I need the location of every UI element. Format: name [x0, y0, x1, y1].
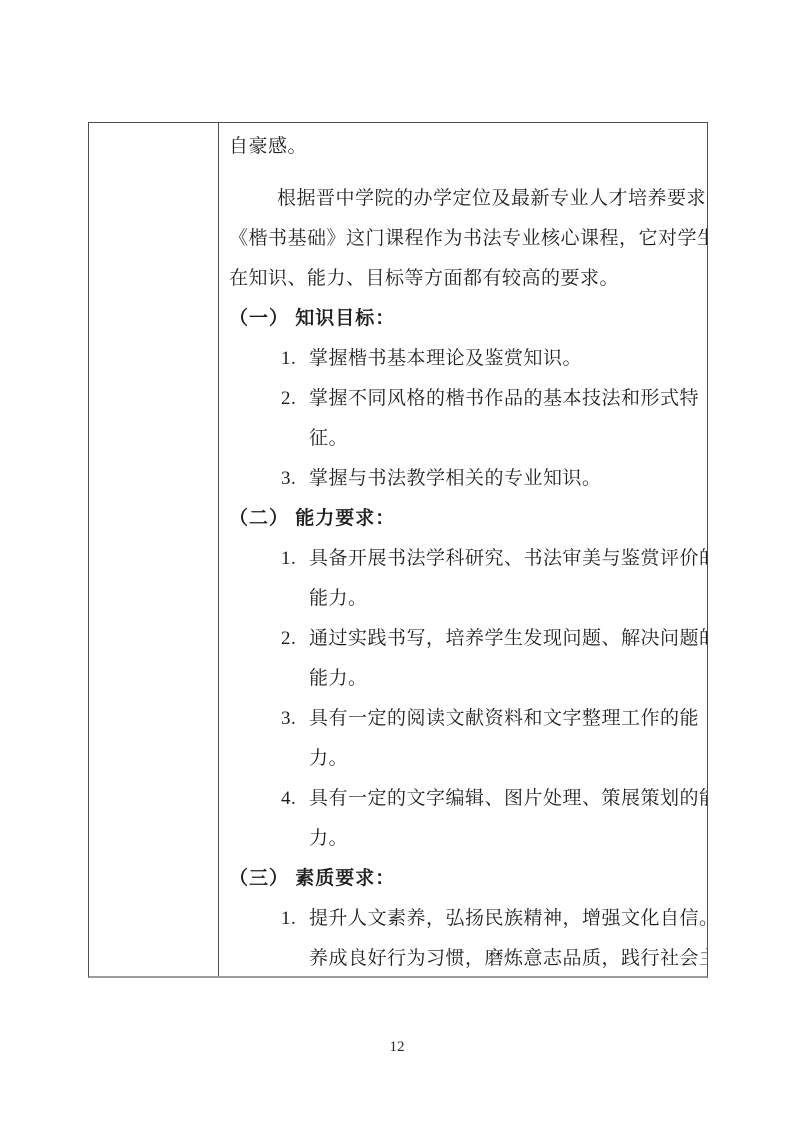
list-item-text: 提升人文素养，弘扬民族精神，增强文化自信。: [309, 899, 707, 939]
list-item-continuation: 力。: [229, 819, 707, 859]
list-item-text: 具有一定的文字编辑、图片处理、策展策划的能: [309, 779, 707, 819]
list-item-number: 2.: [281, 379, 309, 419]
list-item: 3. 具有一定的阅读文献资料和文字整理工作的能: [229, 699, 707, 739]
list-item: 3. 掌握与书法教学相关的专业知识。: [229, 459, 707, 499]
list-item-number: 1.: [281, 539, 309, 579]
table-label-cell-empty: [89, 123, 219, 976]
list-item: 2. 通过实践书写，培养学生发现问题、解决问题的: [229, 619, 707, 659]
paragraph-line: 在知识、能力、目标等方面都有较高的要求。: [229, 259, 707, 299]
list-item-continuation: 养成良好行为习惯，磨炼意志品质，践行社会主: [229, 939, 707, 976]
list-item: 2. 掌握不同风格的楷书作品的基本技法和形式特: [229, 379, 707, 419]
list-item-continuation: 征。: [229, 419, 707, 459]
course-syllabus-table: 自豪感。 根据晋中学院的办学定位及最新专业人才培养要求， 《楷书基础》这门课程作…: [88, 122, 708, 978]
paragraph-line: 《楷书基础》这门课程作为书法专业核心课程，它对学生: [229, 219, 707, 259]
list-item-number: 2.: [281, 619, 309, 659]
list-item-text: 掌握不同风格的楷书作品的基本技法和形式特: [309, 379, 707, 419]
list-item: 4. 具有一定的文字编辑、图片处理、策展策划的能: [229, 779, 707, 819]
list-item-number: 4.: [281, 779, 309, 819]
section-heading-quality-requirements: （三） 素质要求：: [229, 859, 707, 899]
list-item: 1. 提升人文素养，弘扬民族精神，增强文化自信。: [229, 899, 707, 939]
list-item-text: 具备开展书法学科研究、书法审美与鉴赏评价的: [309, 539, 707, 579]
table-content-cell: 自豪感。 根据晋中学院的办学定位及最新专业人才培养要求， 《楷书基础》这门课程作…: [219, 123, 707, 976]
list-item-number: 1.: [281, 339, 309, 379]
list-item-continuation: 力。: [229, 739, 707, 779]
paragraph-line: 根据晋中学院的办学定位及最新专业人才培养要求，: [229, 179, 707, 219]
list-item-continuation: 能力。: [229, 659, 707, 699]
list-item-number: 3.: [281, 459, 309, 499]
list-item-text: 通过实践书写，培养学生发现问题、解决问题的: [309, 619, 707, 659]
list-item: 1. 掌握楷书基本理论及鉴赏知识。: [229, 339, 707, 379]
list-item-text: 掌握楷书基本理论及鉴赏知识。: [309, 339, 707, 379]
list-item-text: 掌握与书法教学相关的专业知识。: [309, 459, 707, 499]
paragraph-line: 自豪感。: [229, 127, 707, 167]
list-item-number: 1.: [281, 899, 309, 939]
list-item-number: 3.: [281, 699, 309, 739]
section-heading-ability-requirements: （二） 能力要求：: [229, 499, 707, 539]
list-item-continuation: 能力。: [229, 579, 707, 619]
section-heading-knowledge-goals: （一） 知识目标：: [229, 299, 707, 339]
list-item-text: 具有一定的阅读文献资料和文字整理工作的能: [309, 699, 707, 739]
list-item: 1. 具备开展书法学科研究、书法审美与鉴赏评价的: [229, 539, 707, 579]
page-number: 12: [0, 1036, 794, 1058]
